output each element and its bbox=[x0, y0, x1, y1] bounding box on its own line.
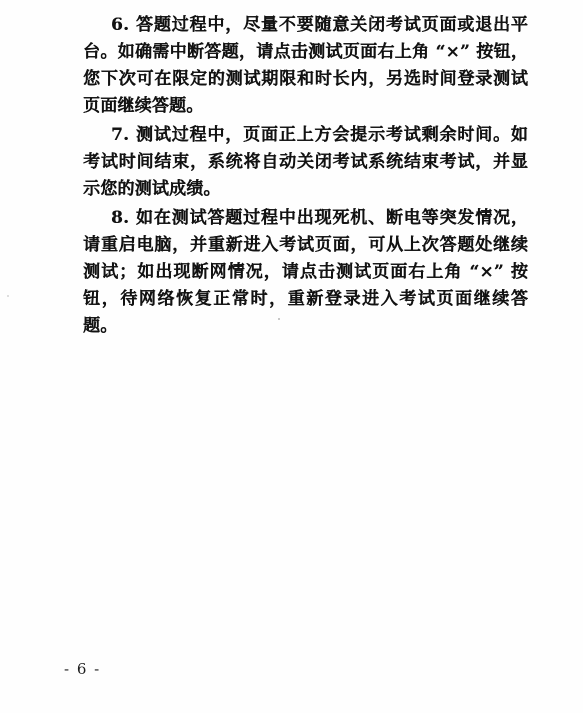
page-number: - 6 - bbox=[64, 661, 101, 678]
paragraph-3: 8. 如在测试答题过程中出现死机、断电等突发情况，请重启电脑，并重新进入考试页面… bbox=[83, 205, 528, 340]
document-body: 6. 答题过程中，尽量不要随意关闭考试页面或退出平台。如确需中断答题，请点击测试… bbox=[83, 12, 528, 340]
paragraph-1: 6. 答题过程中，尽量不要随意关闭考试页面或退出平台。如确需中断答题，请点击测试… bbox=[83, 12, 528, 120]
scan-speck bbox=[7, 295, 9, 297]
document-page: 6. 答题过程中，尽量不要随意关闭考试页面或退出平台。如确需中断答题，请点击测试… bbox=[0, 0, 583, 713]
paragraph-2: 7. 测试过程中，页面正上方会提示考试剩余时间。如考试时间结束，系统将自动关闭考… bbox=[83, 122, 528, 203]
scan-speck bbox=[278, 318, 280, 320]
